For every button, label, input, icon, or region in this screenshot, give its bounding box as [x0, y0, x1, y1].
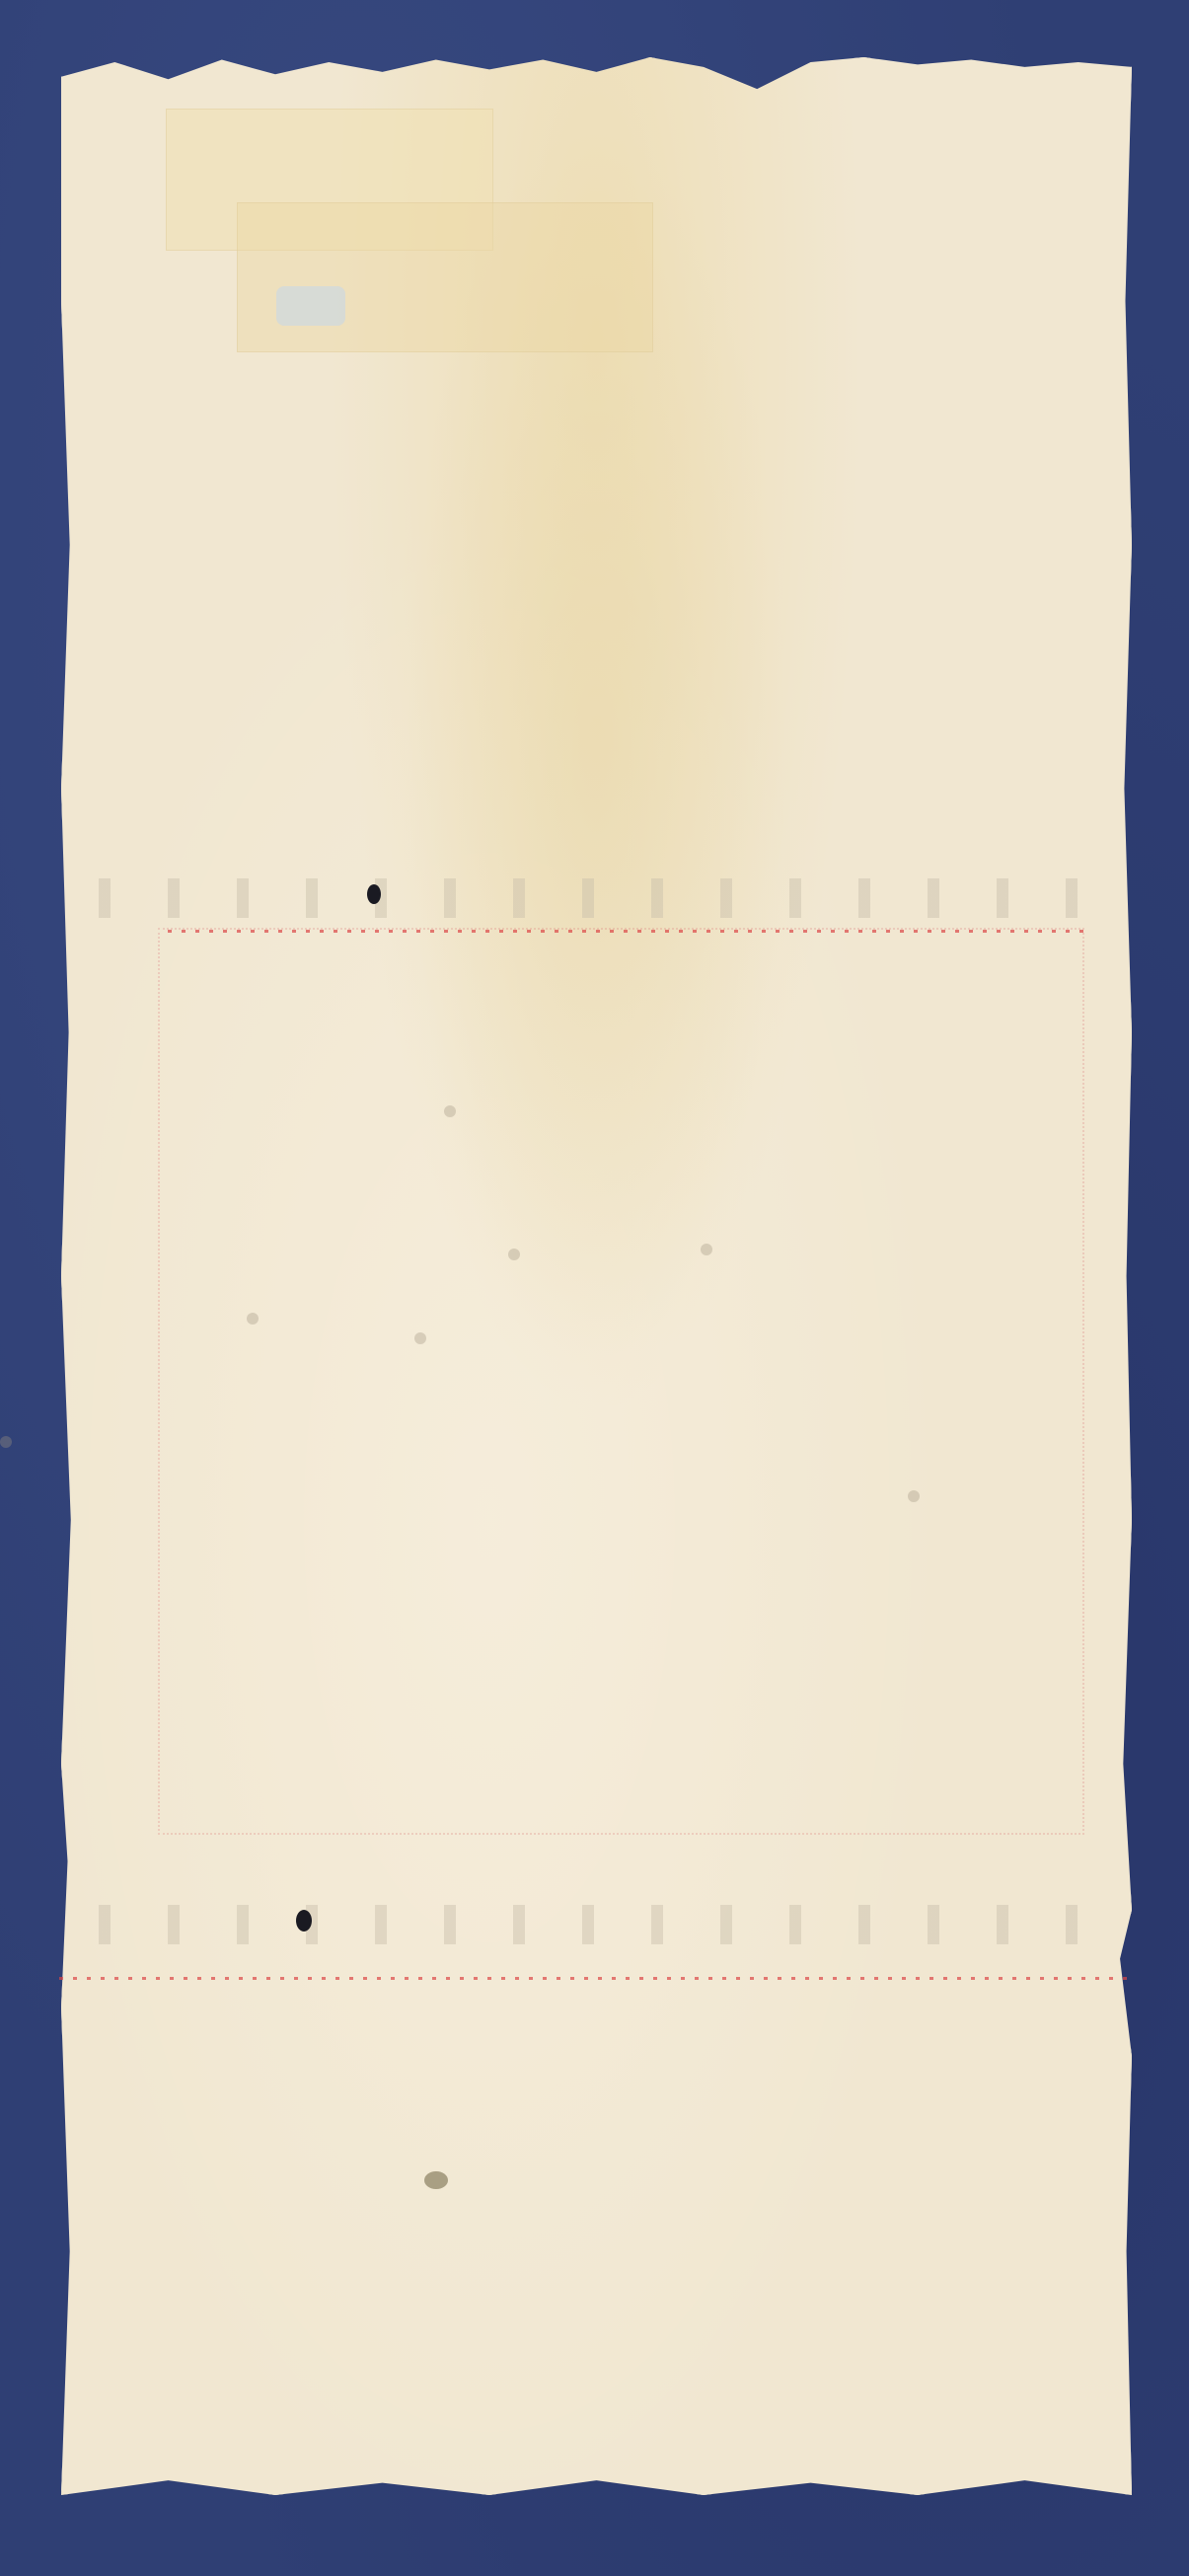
show-through-mark: [508, 1249, 520, 1260]
design-show-through-frame: [158, 928, 1084, 1835]
show-through-mark: [908, 1490, 920, 1502]
show-through-mark: [0, 1436, 12, 1448]
show-through-mark: [701, 1244, 712, 1255]
perforation-row-bottom: [59, 1905, 1135, 1944]
paper-thin-spot: [276, 286, 345, 326]
show-through-mark: [444, 1105, 456, 1117]
perforation-row-top: [59, 878, 1135, 918]
show-through-mark: [414, 1332, 426, 1344]
hinge-remnant-lower: [237, 202, 653, 352]
dark-spot: [367, 884, 381, 904]
show-through-mark: [247, 1313, 259, 1325]
dark-spot: [296, 1910, 312, 1932]
red-selvage-line: [59, 1977, 1135, 1980]
stain-spot: [424, 2171, 448, 2189]
